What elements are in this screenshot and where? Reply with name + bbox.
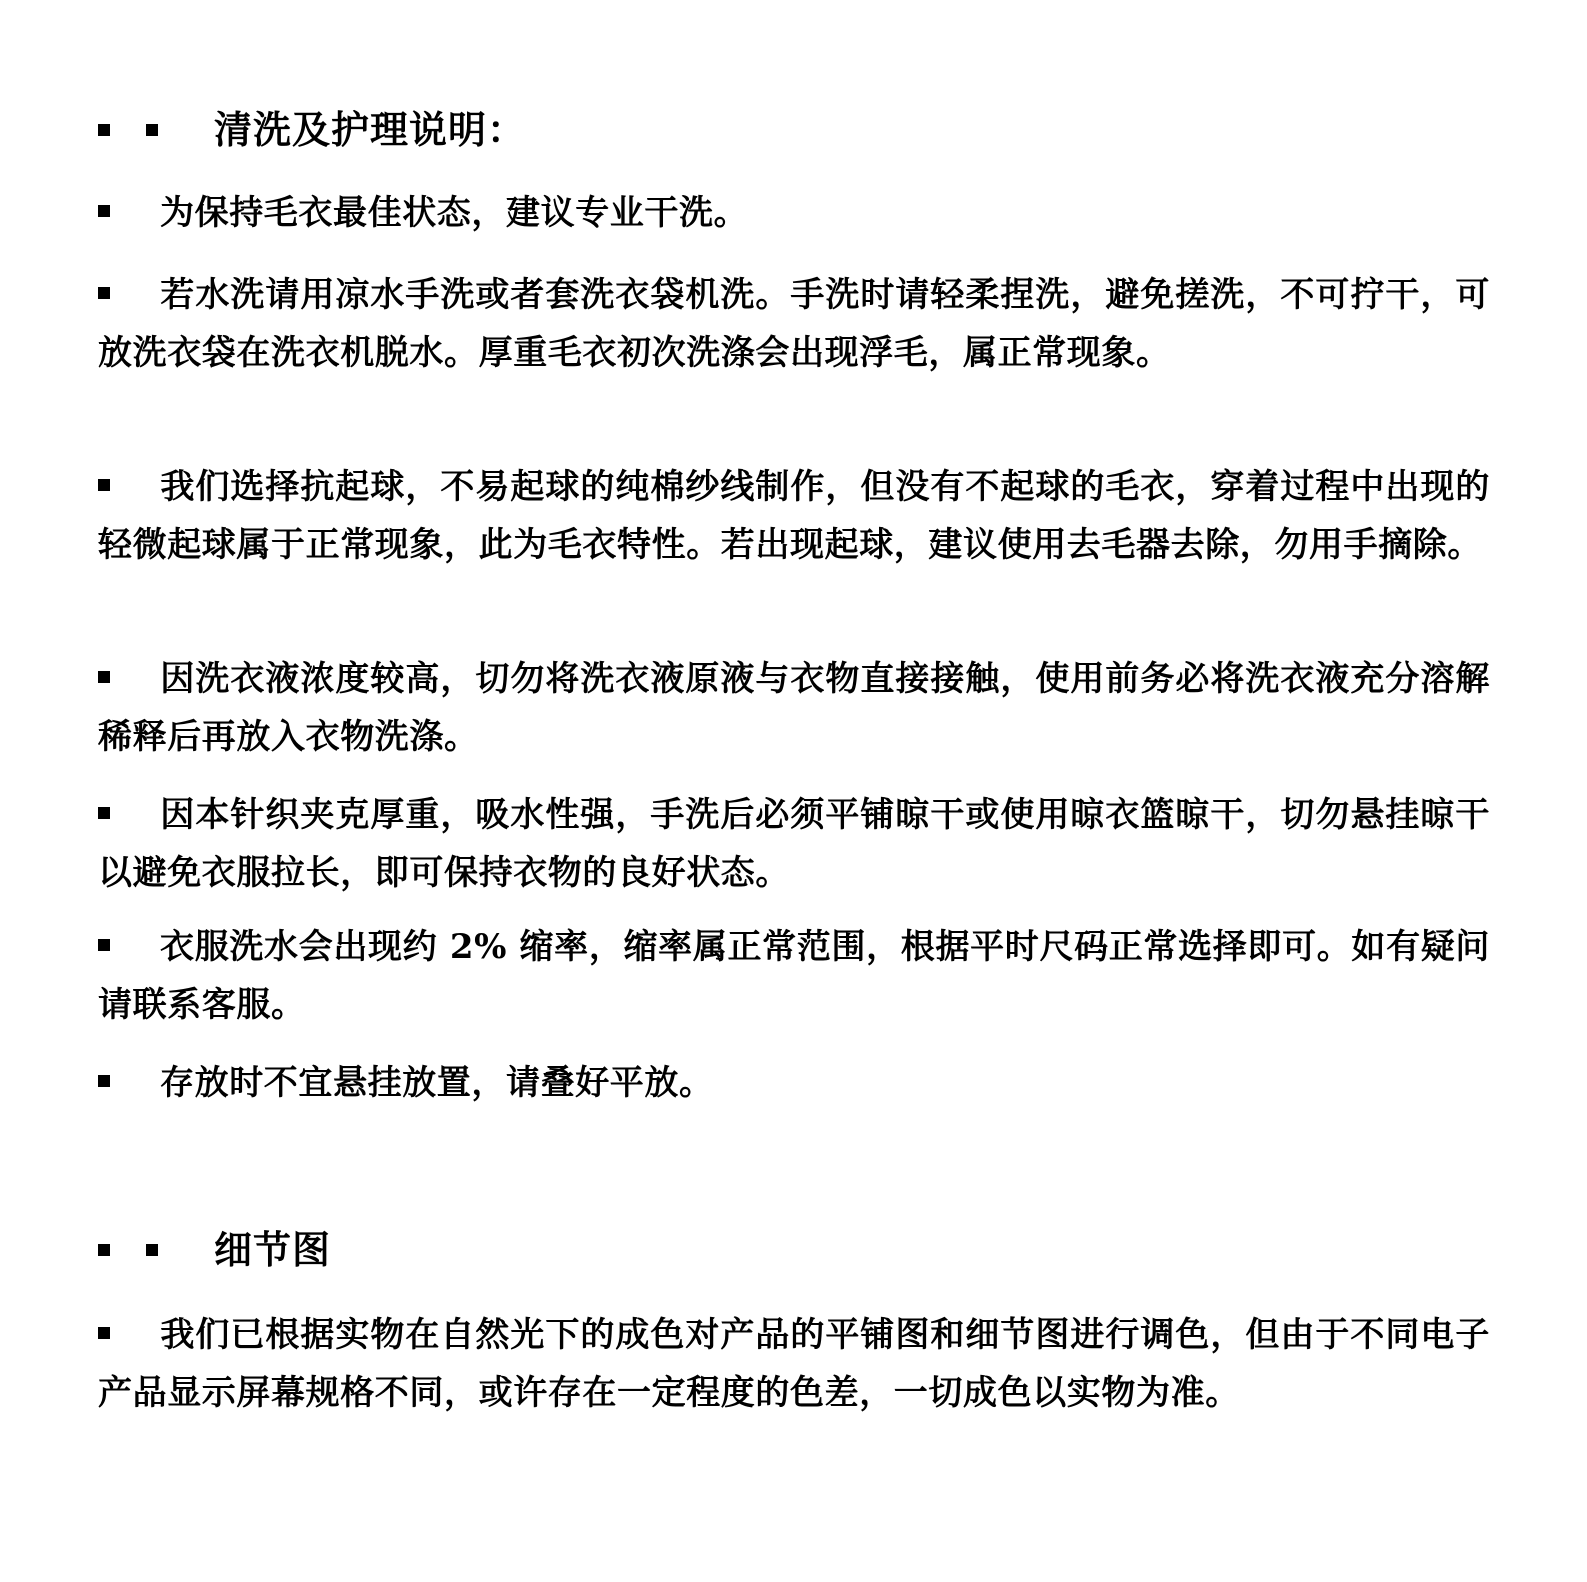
care-item-text: 若水洗请用凉水手洗或者套洗衣袋机洗。手洗时请轻柔捏洗，避免搓洗，不可拧干，可放洗… <box>98 275 1490 373</box>
care-item: 我们选择抗起球，不易起球的纯棉纱线制作，但没有不起球的毛衣，穿着过程中出现的轻微… <box>98 458 1490 574</box>
care-item-text: 衣服洗水会出现约 2% 缩率，缩率属正常范围，根据平时尺码正常选择即可。如有疑问… <box>98 927 1490 1025</box>
bullet-square-icon <box>98 807 110 819</box>
care-item-text: 因洗衣液浓度较高，切勿将洗衣液原液与衣物直接接触，使用前务必将洗衣液充分溶解稀释… <box>98 659 1490 757</box>
section-heading-care: 清洗及护理说明： <box>98 102 526 158</box>
bullet-square-icon <box>98 124 110 136</box>
care-item: 若水洗请用凉水手洗或者套洗衣袋机洗。手洗时请轻柔捏洗，避免搓洗，不可拧干，可放洗… <box>98 266 1490 382</box>
bullet-square-icon <box>98 205 110 217</box>
care-item: 因本针织夹克厚重，吸水性强，手洗后必须平铺晾干或使用晾衣篮晾干，切勿悬挂晾干以避… <box>98 786 1490 902</box>
heading-text: 细节图 <box>214 1222 331 1278</box>
heading-text: 清洗及护理说明： <box>214 102 526 158</box>
bullet-square-icon <box>98 287 110 299</box>
bullet-square-icon <box>98 1244 110 1256</box>
section-heading-details: 细节图 <box>98 1222 331 1278</box>
bullet-square-icon <box>98 671 110 683</box>
care-item: 存放时不宜悬挂放置，请叠好平放。 <box>98 1054 1490 1112</box>
bullet-square-icon <box>98 1327 110 1339</box>
care-item-text: 因本针织夹克厚重，吸水性强，手洗后必须平铺晾干或使用晾衣篮晾干，切勿悬挂晾干以避… <box>98 795 1490 893</box>
care-item: 为保持毛衣最佳状态，建议专业干洗。 <box>98 184 1490 242</box>
care-item-text: 为保持毛衣最佳状态，建议专业干洗。 <box>160 193 748 233</box>
bullet-square-icon <box>98 479 110 491</box>
bullet-square-icon <box>98 1075 110 1087</box>
care-item-text: 存放时不宜悬挂放置，请叠好平放。 <box>160 1063 714 1103</box>
bullet-square-icon <box>98 939 110 951</box>
care-item: 因洗衣液浓度较高，切勿将洗衣液原液与衣物直接接触，使用前务必将洗衣液充分溶解稀释… <box>98 650 1490 766</box>
bullet-square-icon <box>146 124 158 136</box>
details-item: 我们已根据实物在自然光下的成色对产品的平铺图和细节图进行调色，但由于不同电子产品… <box>98 1306 1490 1422</box>
bullet-square-icon <box>146 1244 158 1256</box>
details-item-text: 我们已根据实物在自然光下的成色对产品的平铺图和细节图进行调色，但由于不同电子产品… <box>98 1315 1490 1413</box>
care-item: 衣服洗水会出现约 2% 缩率，缩率属正常范围，根据平时尺码正常选择即可。如有疑问… <box>98 918 1490 1034</box>
care-item-text: 我们选择抗起球，不易起球的纯棉纱线制作，但没有不起球的毛衣，穿着过程中出现的轻微… <box>98 467 1490 565</box>
